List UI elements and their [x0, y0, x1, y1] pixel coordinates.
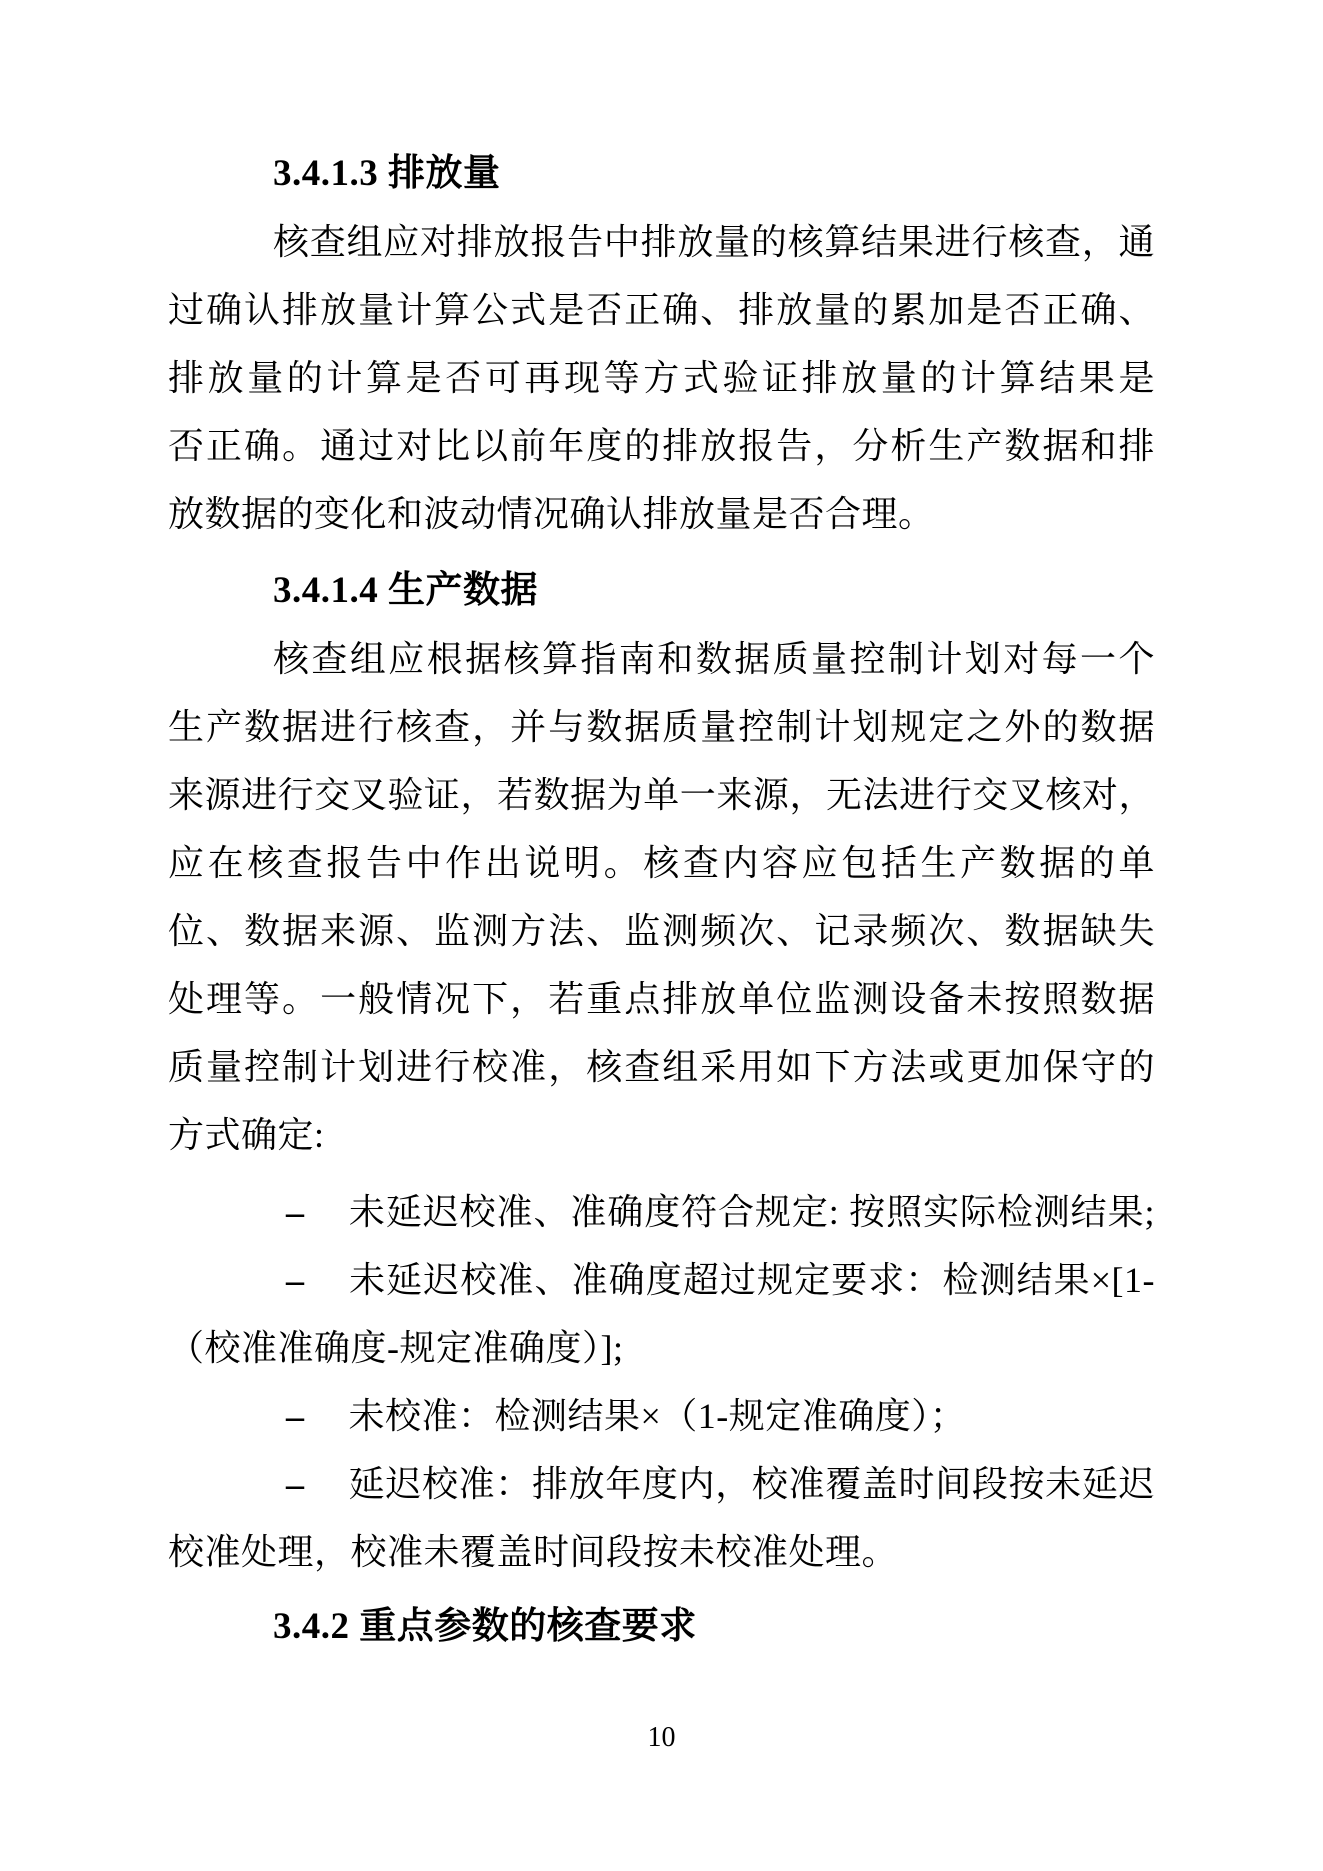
bullet-item-2-text: 未延迟校准、准确度超过规定要求：检测结果×[1-	[349, 1260, 1156, 1300]
paragraph2-line6: 处理等。一般情况下，若重点排放单位监测设备未按照数据	[168, 965, 1155, 1033]
paragraph2-line3: 来源进行交叉验证，若数据为单一来源，无法进行交叉核对，	[168, 761, 1155, 829]
section-heading-3414: 3.4.1.4 生产数据	[168, 557, 1155, 625]
paragraph2-line5: 位、数据来源、监测方法、监测频次、记录频次、数据缺失	[168, 897, 1155, 965]
page-content: 3.4.1.3 排放量 核查组应对排放报告中排放量的核算结果进行核查，通 过确认…	[168, 140, 1155, 1661]
paragraph2-line7: 质量控制计划进行校准，核查组采用如下方法或更加保守的	[168, 1033, 1155, 1101]
bullet-item-4-continuation: 校准处理，校准未覆盖时间段按未校准处理。	[168, 1518, 1155, 1586]
paragraph1-line1: 核查组应对排放报告中排放量的核算结果进行核查，通	[168, 208, 1155, 276]
bullet-dash-icon: –	[286, 1396, 305, 1436]
paragraph1-line3: 排放量的计算是否可再现等方式验证排放量的计算结果是	[168, 344, 1155, 412]
paragraph2-line1: 核查组应根据核算指南和数据质量控制计划对每一个	[168, 625, 1155, 693]
bullet-dash-icon: –	[286, 1464, 305, 1504]
section-heading-342: 3.4.2 重点参数的核查要求	[168, 1593, 1155, 1661]
bullet-dash-icon: –	[286, 1192, 305, 1232]
paragraph1-line4: 否正确。通过对比以前年度的排放报告，分析生产数据和排	[168, 412, 1155, 480]
paragraph2-line4: 应在核查报告中作出说明。核查内容应包括生产数据的单	[168, 829, 1155, 897]
bullet-item-3: –未校准：检测结果×（1-规定准确度）；	[168, 1382, 1155, 1450]
bullet-dash-icon: –	[286, 1260, 305, 1300]
section-heading-3413: 3.4.1.3 排放量	[168, 140, 1155, 208]
bullet-item-1: –未延迟校准、准确度符合规定: 按照实际检测结果;	[168, 1178, 1155, 1246]
bullet-item-2-continuation: （校准准确度-规定准确度）];	[168, 1314, 1155, 1382]
page-number: 10	[0, 1722, 1323, 1754]
bullet-item-4-text: 延迟校准：排放年度内，校准覆盖时间段按未延迟	[349, 1464, 1156, 1504]
bullet-item-2: –未延迟校准、准确度超过规定要求：检测结果×[1-	[168, 1246, 1155, 1314]
bullet-item-4: –延迟校准：排放年度内，校准覆盖时间段按未延迟	[168, 1450, 1155, 1518]
bullet-item-3-text: 未校准：检测结果×（1-规定准确度）；	[349, 1396, 967, 1436]
paragraph1-line5: 放数据的变化和波动情况确认排放量是否合理。	[168, 480, 1155, 548]
paragraph2-line8: 方式确定:	[168, 1101, 1155, 1169]
document-page: 3.4.1.3 排放量 核查组应对排放报告中排放量的核算结果进行核查，通 过确认…	[0, 0, 1323, 1871]
paragraph1-line2: 过确认排放量计算公式是否正确、排放量的累加是否正确、	[168, 276, 1155, 344]
paragraph2-line2: 生产数据进行核查，并与数据质量控制计划规定之外的数据	[168, 693, 1155, 761]
bullet-item-1-text: 未延迟校准、准确度符合规定: 按照实际检测结果;	[349, 1192, 1156, 1232]
